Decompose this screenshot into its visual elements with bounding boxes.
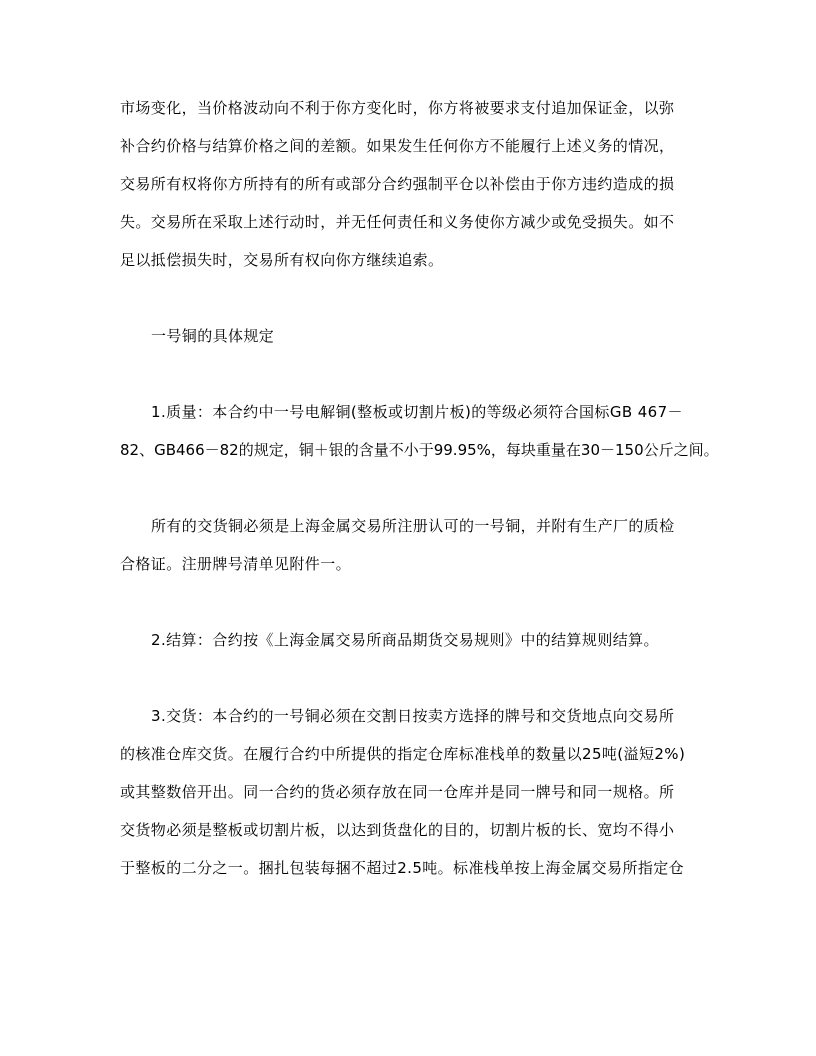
paragraph-spacer bbox=[120, 279, 700, 317]
text-line: 交货物必须是整板或切割片板，以达到货盘化的目的，切割片板的长、宽均不得小 bbox=[120, 811, 700, 849]
document-page: 市场变化，当价格波动向不利于你方变化时，你方将被要求支付追加保证金，以弥 补合约… bbox=[120, 89, 700, 887]
text-line: 补合约价格与结算价格之间的差额。如果发生任何你方不能履行上述义务的情况， bbox=[120, 127, 700, 165]
paragraph-quality: 1.质量：本合约中一号电解铜(整板或切割片板)的等级必须符合国标GB 467－ … bbox=[120, 393, 700, 469]
paragraph-delivery: 3.交货：本合约的一号铜必须在交割日按卖方选择的牌号和交货地点向交易所 的核准仓… bbox=[120, 697, 700, 887]
text-line: 于整板的二分之一。捆扎包装每捆不超过2.5吨。标准栈单按上海金属交易所指定仓 bbox=[120, 849, 700, 887]
paragraph-settlement: 2.结算：合约按《上海金属交易所商品期货交易规则》中的结算规则结算。 bbox=[120, 621, 700, 659]
heading-text: 一号铜的具体规定 bbox=[120, 317, 700, 355]
paragraph-margin-clause: 市场变化，当价格波动向不利于你方变化时，你方将被要求支付追加保证金，以弥 补合约… bbox=[120, 89, 700, 279]
text-line: 市场变化，当价格波动向不利于你方变化时，你方将被要求支付追加保证金，以弥 bbox=[120, 89, 700, 127]
paragraph-registered-copper: 所有的交货铜必须是上海金属交易所注册认可的一号铜，并附有生产厂的质检 合格证。注… bbox=[120, 507, 700, 583]
text-line: 82、GB466－82的规定，铜＋银的含量不小于99.95%，每块重量在30－1… bbox=[120, 431, 700, 469]
text-line: 或其整数倍开出。同一合约的货必须存放在同一仓库并是同一牌号和同一规格。所 bbox=[120, 773, 700, 811]
paragraph-spacer bbox=[120, 659, 700, 697]
text-line: 1.质量：本合约中一号电解铜(整板或切割片板)的等级必须符合国标GB 467－ bbox=[120, 393, 700, 431]
text-line: 的核准仓库交货。在履行合约中所提供的指定仓库标准栈单的数量以25吨(溢短2%) bbox=[120, 735, 700, 773]
text-line: 失。交易所在采取上述行动时，并无任何责任和义务使你方减少或免受损失。如不 bbox=[120, 203, 700, 241]
text-line: 所有的交货铜必须是上海金属交易所注册认可的一号铜，并附有生产厂的质检 bbox=[120, 507, 700, 545]
text-line: 交易所有权将你方所持有的所有或部分合约强制平仓以补偿由于你方违约造成的损 bbox=[120, 165, 700, 203]
paragraph-spacer bbox=[120, 355, 700, 393]
text-line: 合格证。注册牌号清单见附件一。 bbox=[120, 545, 700, 583]
text-line: 3.交货：本合约的一号铜必须在交割日按卖方选择的牌号和交货地点向交易所 bbox=[120, 697, 700, 735]
paragraph-spacer bbox=[120, 583, 700, 621]
section-heading: 一号铜的具体规定 bbox=[120, 317, 700, 355]
text-line: 2.结算：合约按《上海金属交易所商品期货交易规则》中的结算规则结算。 bbox=[120, 621, 700, 659]
text-line: 足以抵偿损失时，交易所有权向你方继续追索。 bbox=[120, 241, 700, 279]
paragraph-spacer bbox=[120, 469, 700, 507]
